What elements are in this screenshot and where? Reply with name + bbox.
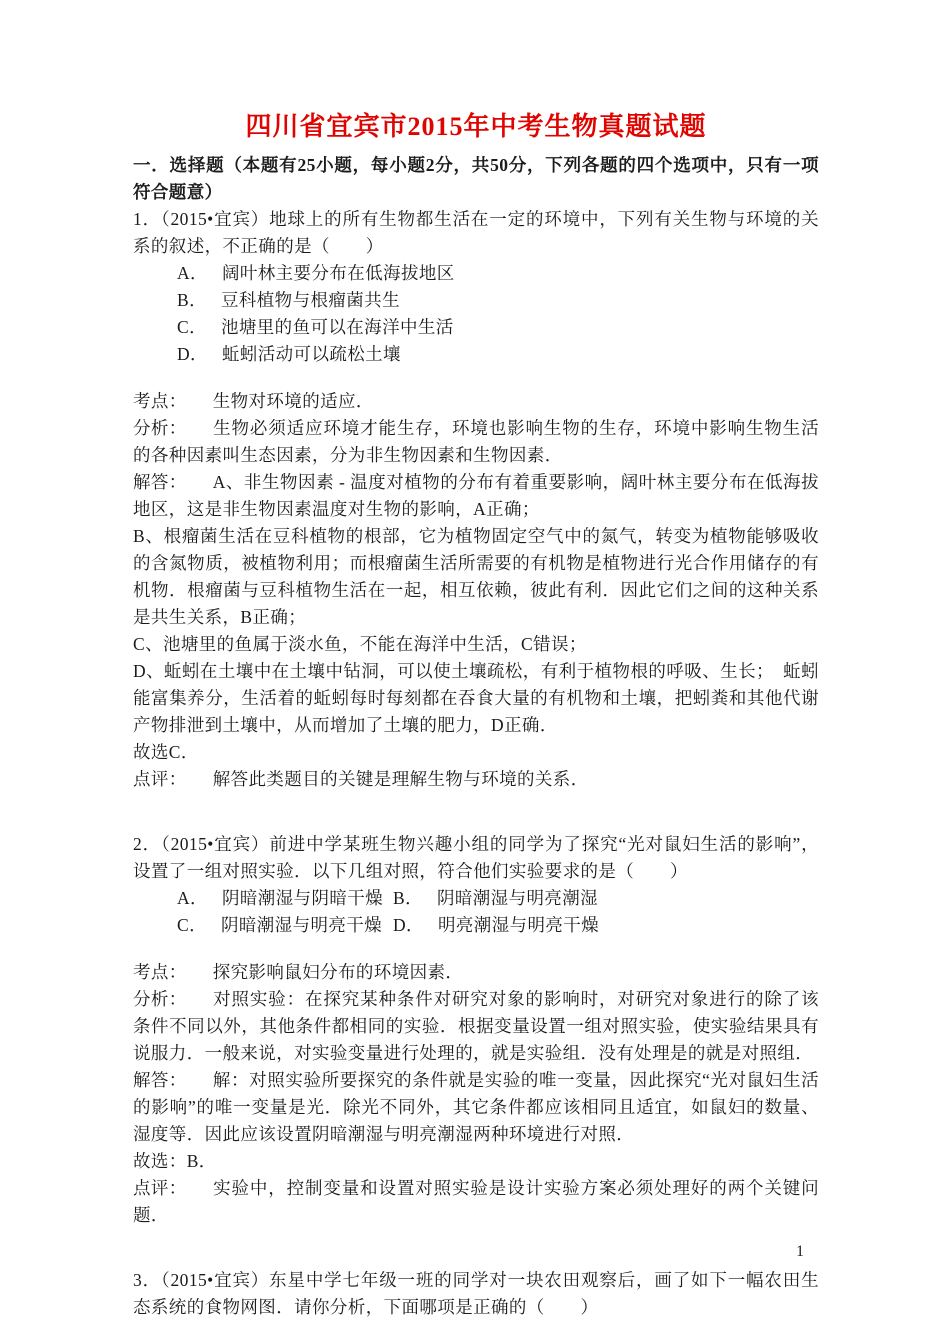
option-c-label: C． <box>177 314 207 341</box>
analysis-text: 探究影响鼠妇分布的环境因素． <box>213 962 464 982</box>
option-row-ab: A．阴暗潮湿与阴暗干燥B．阴暗潮湿与明亮潮湿 <box>177 885 819 912</box>
analysis-label: 分析： <box>133 986 187 1013</box>
analysis-kaodian: 考点：探究影响鼠妇分布的环境因素． <box>133 959 819 986</box>
option-d-label: D． <box>393 912 424 939</box>
option-row-cd: C．阴暗潮湿与明亮干燥D．明亮潮湿与明亮干燥 <box>177 912 819 939</box>
option-d: D．明亮潮湿与明亮干燥 <box>393 915 599 935</box>
question-1-options: A．阔叶林主要分布在低海拔地区 B．豆科植物与根瘤菌共生 C．池塘里的鱼可以在海… <box>133 260 819 368</box>
question-2-analysis: 考点：探究影响鼠妇分布的环境因素． 分析：对照实验：在探究某种条件对研究对象的影… <box>133 959 819 1229</box>
option-a: A．阴暗潮湿与阴暗干燥 <box>177 885 393 912</box>
analysis-text: C、池塘里的鱼属于淡水鱼，不能在海洋中生活，C错误； <box>133 634 587 654</box>
analysis-text: 生物对环境的适应． <box>213 391 374 411</box>
option-b-text: 豆科植物与根瘤菌共生 <box>221 290 400 310</box>
analysis-label: 点评： <box>133 1175 187 1202</box>
analysis-text: D、蚯蚓在土壤中在土壤中钻洞，可以使土壤疏松，有利于植物根的呼吸、生长； 蚯蚓能… <box>133 661 819 735</box>
option-b: B．豆科植物与根瘤菌共生 <box>177 287 819 314</box>
question-1-analysis: 考点：生物对环境的适应． 分析：生物必须适应环境才能生存，环境也影响生物的生存，… <box>133 388 819 793</box>
option-b-text: 阴暗潮湿与明亮潮湿 <box>437 888 598 908</box>
option-a-text: 阴暗潮湿与阴暗干燥 <box>222 888 383 908</box>
analysis-text: 实验中，控制变量和设置对照实验是设计实验方案必须处理好的两个关键问题． <box>133 1178 819 1225</box>
analysis-dianping: 点评：解答此类题目的关键是理解生物与环境的关系． <box>133 766 819 793</box>
question-3: 3．（2015•宜宾）东星中学七年级一班的同学对一块农田观察后，画了如下一幅农田… <box>133 1267 819 1321</box>
option-c-text: 阴暗潮湿与明亮干燥 <box>221 915 382 935</box>
analysis-text: 故选：B． <box>133 1151 217 1171</box>
analysis-option-c: C、池塘里的鱼属于淡水鱼，不能在海洋中生活，C错误； <box>133 631 819 658</box>
option-c-label: C． <box>177 912 207 939</box>
analysis-jieda: 解答：A、非生物因素 - 温度对植物的分布有着重要影响，阔叶林主要分布在低海拔地… <box>133 469 819 523</box>
spacer <box>133 793 819 831</box>
analysis-label: 考点： <box>133 388 187 415</box>
analysis-answer: 故选：B． <box>133 1148 819 1175</box>
option-a: A．阔叶林主要分布在低海拔地区 <box>177 260 819 287</box>
analysis-dianping: 点评：实验中，控制变量和设置对照实验是设计实验方案必须处理好的两个关键问题． <box>133 1175 819 1229</box>
option-d-text: 明亮潮湿与明亮干燥 <box>438 915 599 935</box>
spacer <box>133 939 819 959</box>
spacer <box>133 1229 819 1267</box>
analysis-answer: 故选C． <box>133 739 819 766</box>
analysis-option-b: B、根瘤菌生活在豆科植物的根部，它为植物固定空气中的氮气，转变为植物能够吸收的含… <box>133 523 819 631</box>
analysis-label: 解答： <box>133 1067 187 1094</box>
section-heading: 一．选择题（本题有25小题，每小题2分，共50分，下列各题的四个选项中，只有一项… <box>133 152 819 206</box>
analysis-text: A、非生物因素 - 温度对植物的分布有着重要影响，阔叶林主要分布在低海拔地区，这… <box>133 472 819 519</box>
analysis-label: 解答： <box>133 469 187 496</box>
question-1: 1．（2015•宜宾）地球上的所有生物都生活在一定的环境中，下列有关生物与环境的… <box>133 206 819 793</box>
analysis-text: 故选C． <box>133 742 199 762</box>
analysis-text: 生物必须适应环境才能生存，环境也影响生物的生存，环境中影响生物生活的各种因素叫生… <box>133 418 819 465</box>
option-c: C．池塘里的鱼可以在海洋中生活 <box>177 314 819 341</box>
page-content: 四川省宜宾市2015年中考生物真题试题 一．选择题（本题有25小题，每小题2分，… <box>133 110 819 1321</box>
option-a-text: 阔叶林主要分布在低海拔地区 <box>222 263 455 283</box>
option-a-label: A． <box>177 885 208 912</box>
analysis-jieda: 解答：解：对照实验所要探究的条件就是实验的唯一变量，因此探究“光对鼠妇生活的影响… <box>133 1067 819 1148</box>
analysis-text: 对照实验：在探究某种条件对研究对象的影响时，对研究对象进行的除了该条件不同以外，… <box>133 989 819 1063</box>
option-b: B．阴暗潮湿与明亮潮湿 <box>393 888 598 908</box>
analysis-label: 考点： <box>133 959 187 986</box>
analysis-label: 点评： <box>133 766 187 793</box>
analysis-option-d: D、蚯蚓在土壤中在土壤中钻洞，可以使土壤疏松，有利于植物根的呼吸、生长； 蚯蚓能… <box>133 658 819 739</box>
option-a-label: A． <box>177 260 208 287</box>
option-b-label: B． <box>393 885 423 912</box>
option-d-text: 蚯蚓活动可以疏松土壤 <box>222 344 401 364</box>
analysis-text: 解答此类题目的关键是理解生物与环境的关系． <box>213 769 589 789</box>
option-b-label: B． <box>177 287 207 314</box>
question-2-options: A．阴暗潮湿与阴暗干燥B．阴暗潮湿与明亮潮湿 C．阴暗潮湿与明亮干燥D．明亮潮湿… <box>133 885 819 939</box>
question-1-stem: 1．（2015•宜宾）地球上的所有生物都生活在一定的环境中，下列有关生物与环境的… <box>133 206 819 260</box>
option-c: C．阴暗潮湿与明亮干燥 <box>177 912 393 939</box>
analysis-fenxi: 分析：对照实验：在探究某种条件对研究对象的影响时，对研究对象进行的除了该条件不同… <box>133 986 819 1067</box>
page-title: 四川省宜宾市2015年中考生物真题试题 <box>133 110 819 144</box>
question-3-stem: 3．（2015•宜宾）东星中学七年级一班的同学对一块农田观察后，画了如下一幅农田… <box>133 1267 819 1321</box>
question-2: 2．（2015•宜宾）前进中学某班生物兴趣小组的同学为了探究“光对鼠妇生活的影响… <box>133 831 819 1229</box>
option-d-label: D． <box>177 341 208 368</box>
analysis-fenxi: 分析：生物必须适应环境才能生存，环境也影响生物的生存，环境中影响生物生活的各种因… <box>133 415 819 469</box>
page-number: 1 <box>796 1243 804 1261</box>
analysis-text: 解：对照实验所要探究的条件就是实验的唯一变量，因此探究“光对鼠妇生活的影响”的唯… <box>133 1070 819 1144</box>
analysis-kaodian: 考点：生物对环境的适应． <box>133 388 819 415</box>
document-page: 四川省宜宾市2015年中考生物真题试题 一．选择题（本题有25小题，每小题2分，… <box>0 0 950 1344</box>
spacer <box>133 368 819 388</box>
analysis-text: B、根瘤菌生活在豆科植物的根部，它为植物固定空气中的氮气，转变为植物能够吸收的含… <box>133 526 819 627</box>
option-d: D．蚯蚓活动可以疏松土壤 <box>177 341 819 368</box>
question-2-stem: 2．（2015•宜宾）前进中学某班生物兴趣小组的同学为了探究“光对鼠妇生活的影响… <box>133 831 819 885</box>
analysis-label: 分析： <box>133 415 187 442</box>
option-c-text: 池塘里的鱼可以在海洋中生活 <box>221 317 454 337</box>
